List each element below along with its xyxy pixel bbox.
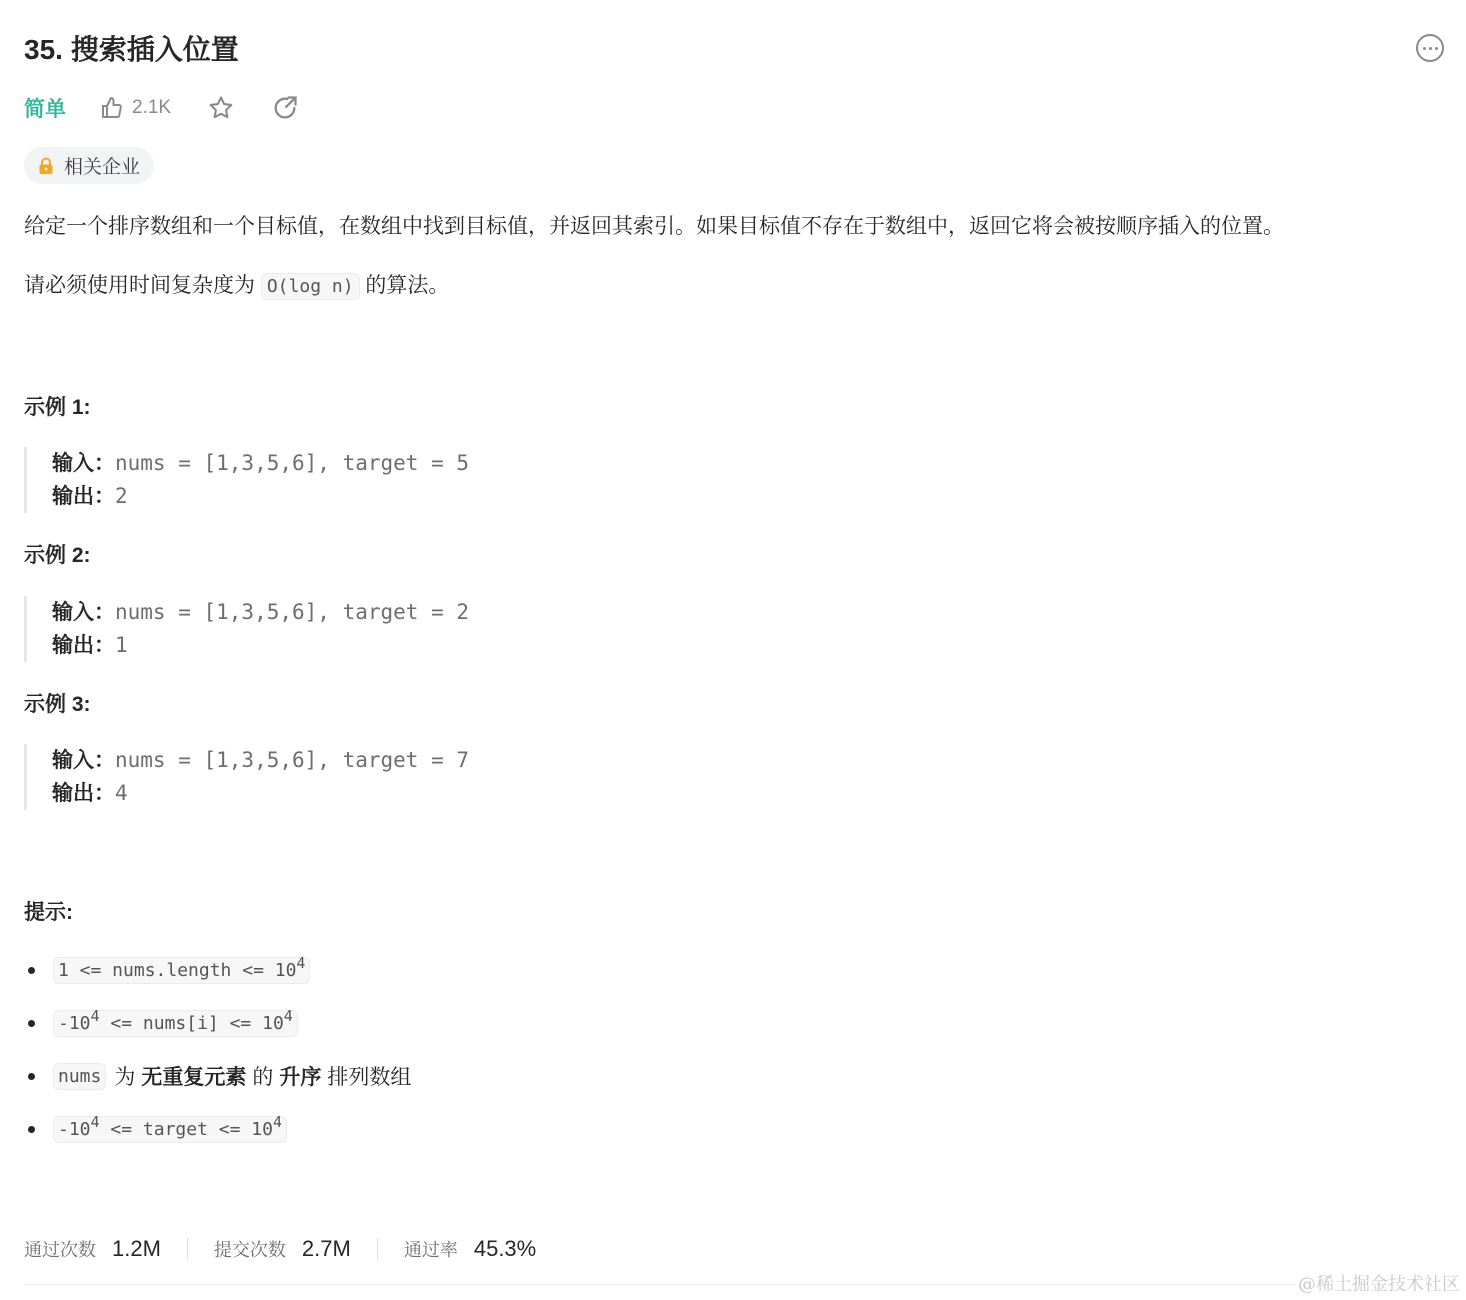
example-3-output: 4 xyxy=(115,781,128,805)
like-count: 2.1K xyxy=(132,97,171,119)
example-2-input: nums = [1,3,5,6], target = 2 xyxy=(115,600,469,624)
share-icon xyxy=(271,94,299,122)
complexity-text-after: 的算法。 xyxy=(365,274,449,297)
divider xyxy=(24,1284,1426,1285)
problem-title: 35. 搜索插入位置 xyxy=(24,28,239,68)
input-label: 输入： xyxy=(52,749,115,772)
divider xyxy=(377,1238,378,1260)
favorite-button[interactable] xyxy=(207,94,235,122)
example-2-heading: 示例 2: xyxy=(24,539,91,569)
hints-heading: 提示: xyxy=(24,896,73,926)
acceptance-rate-label: 通过率 xyxy=(404,1236,458,1262)
bullet-icon xyxy=(28,1020,35,1027)
input-label: 输入： xyxy=(52,601,115,624)
dot-icon xyxy=(1429,47,1432,50)
difficulty-badge: 简单 xyxy=(24,93,66,123)
constraint-item: -104 <= target <= 104 xyxy=(24,1112,287,1146)
star-icon xyxy=(207,94,235,122)
divider xyxy=(187,1238,188,1260)
acceptance-rate-value: 45.3% xyxy=(474,1236,536,1262)
constraint-item: 1 <= nums.length <= 104 xyxy=(24,953,310,987)
bullet-icon xyxy=(28,1126,35,1133)
example-3-block: 输入：nums = [1,3,5,6], target = 7 输出：4 xyxy=(24,744,469,810)
related-companies-label: 相关企业 xyxy=(64,152,140,179)
bullet-icon xyxy=(28,967,35,974)
constraint-code: -104 <= target <= 104 xyxy=(53,1116,287,1143)
bullet-icon xyxy=(28,1073,35,1080)
output-label: 输出： xyxy=(52,634,115,657)
submissions-label: 提交次数 xyxy=(214,1236,286,1262)
accepted-value: 1.2M xyxy=(112,1236,161,1262)
output-label: 输出： xyxy=(52,485,115,508)
example-3-input: nums = [1,3,5,6], target = 7 xyxy=(115,748,469,772)
constraint-item: nums 为 无重复元素 的 升序 排列数组 xyxy=(24,1059,411,1093)
example-1-output: 2 xyxy=(115,484,128,508)
example-1-input: nums = [1,3,5,6], target = 5 xyxy=(115,451,469,475)
constraint-code: nums xyxy=(53,1063,106,1090)
constraint-code: -104 <= nums[i] <= 104 xyxy=(53,1010,298,1037)
share-button[interactable] xyxy=(271,94,299,122)
accepted-label: 通过次数 xyxy=(24,1236,96,1262)
watermark: @稀土掘金技术社区 xyxy=(1294,1270,1460,1296)
complexity-code: O(log n) xyxy=(261,273,360,300)
example-2-output: 1 xyxy=(115,633,128,657)
constraint-item: -104 <= nums[i] <= 104 xyxy=(24,1006,298,1040)
dot-icon xyxy=(1435,47,1438,50)
output-label: 输出： xyxy=(52,782,115,805)
stats-bar: 通过次数 1.2M 提交次数 2.7M 通过率 45.3% xyxy=(24,1233,536,1265)
example-2-block: 输入：nums = [1,3,5,6], target = 2 输出：1 xyxy=(24,596,469,662)
like-button[interactable]: 2.1K xyxy=(100,96,171,120)
lock-icon xyxy=(38,157,54,175)
complexity-text-before: 请必须使用时间复杂度为 xyxy=(24,274,255,297)
thumbs-up-icon xyxy=(100,96,124,120)
constraint-code: 1 <= nums.length <= 104 xyxy=(53,957,310,984)
meta-row: 简单 2.1K xyxy=(24,90,335,126)
input-label: 输入： xyxy=(52,452,115,475)
related-companies-tag[interactable]: 相关企业 xyxy=(24,147,154,184)
dot-icon xyxy=(1423,47,1426,50)
example-1-block: 输入：nums = [1,3,5,6], target = 5 输出：2 xyxy=(24,447,469,513)
submissions-value: 2.7M xyxy=(302,1236,351,1262)
example-3-heading: 示例 3: xyxy=(24,688,91,718)
title-row: 35. 搜索插入位置 xyxy=(24,28,1442,68)
description-paragraph-2: 请必须使用时间复杂度为 O(log n) 的算法。 xyxy=(24,271,449,302)
more-options-button[interactable] xyxy=(1416,34,1444,62)
description-paragraph-1: 给定一个排序数组和一个目标值，在数组中找到目标值，并返回其索引。如果目标值不存在… xyxy=(24,212,1284,242)
example-1-heading: 示例 1: xyxy=(24,391,91,421)
